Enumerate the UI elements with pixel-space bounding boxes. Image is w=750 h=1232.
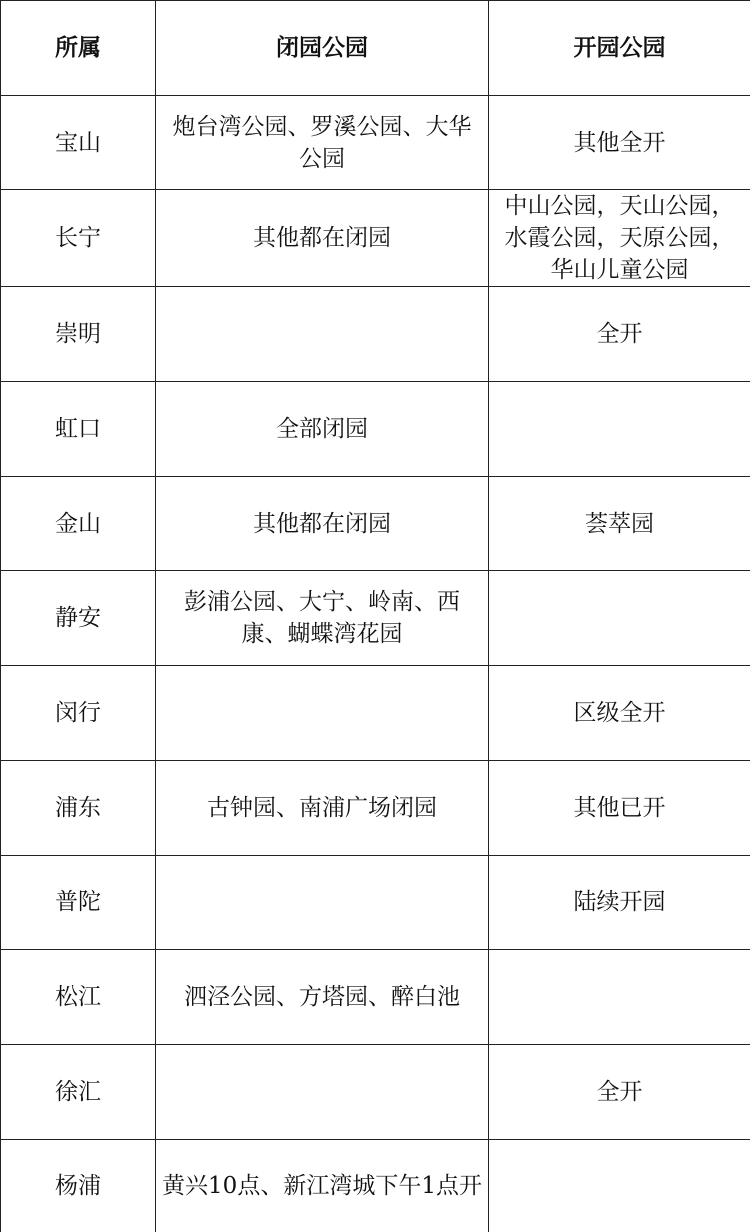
- table-row: 静安 彭浦公园、大宁、岭南、西康、蝴蝶湾花园: [1, 571, 750, 666]
- table-row: 虹口 全部闭园: [1, 382, 750, 477]
- open-parks-cell: 区级全开: [489, 666, 750, 761]
- table-row: 金山 其他都在闭园 荟萃园: [1, 476, 750, 571]
- open-parks-cell: 全开: [489, 1044, 750, 1139]
- closed-parks-cell: 泗泾公园、方塔园、醉白池: [156, 950, 489, 1045]
- closed-parks-cell: 古钟园、南浦广场闭园: [156, 760, 489, 855]
- district-cell: 静安: [1, 571, 156, 666]
- open-parks-cell: [489, 1139, 750, 1232]
- district-cell: 长宁: [1, 190, 156, 287]
- closed-parks-cell: 其他都在闭园: [156, 190, 489, 287]
- closed-parks-cell: 全部闭园: [156, 382, 489, 477]
- open-parks-cell: [489, 571, 750, 666]
- table-row: 长宁 其他都在闭园 中山公园，天山公园，水霞公园，天原公园，华山儿童公园: [1, 190, 750, 287]
- district-cell: 虹口: [1, 382, 156, 477]
- closed-parks-cell: [156, 855, 489, 950]
- table-row: 杨浦 黄兴10点、新江湾城下午1点开: [1, 1139, 750, 1232]
- closed-parks-cell: [156, 287, 489, 382]
- park-status-table: 所属 闭园公园 开园公园 宝山 炮台湾公园、罗溪公园、大华公园 其他全开 长宁 …: [0, 0, 750, 1232]
- closed-parks-cell: [156, 1044, 489, 1139]
- header-district: 所属: [1, 1, 156, 96]
- district-cell: 浦东: [1, 760, 156, 855]
- open-parks-cell: 全开: [489, 287, 750, 382]
- table-row: 浦东 古钟园、南浦广场闭园 其他已开: [1, 760, 750, 855]
- table-row: 普陀 陆续开园: [1, 855, 750, 950]
- open-parks-cell: [489, 950, 750, 1045]
- district-cell: 普陀: [1, 855, 156, 950]
- district-cell: 金山: [1, 476, 156, 571]
- closed-parks-cell: 黄兴10点、新江湾城下午1点开: [156, 1139, 489, 1232]
- district-cell: 徐汇: [1, 1044, 156, 1139]
- open-parks-cell: 其他全开: [489, 95, 750, 190]
- district-cell: 杨浦: [1, 1139, 156, 1232]
- table-row: 崇明 全开: [1, 287, 750, 382]
- table-row: 松江 泗泾公园、方塔园、醉白池: [1, 950, 750, 1045]
- district-cell: 闵行: [1, 666, 156, 761]
- district-cell: 崇明: [1, 287, 156, 382]
- district-cell: 松江: [1, 950, 156, 1045]
- open-parks-cell: 其他已开: [489, 760, 750, 855]
- open-parks-cell: 中山公园，天山公园，水霞公园，天原公园，华山儿童公园: [489, 190, 750, 287]
- closed-parks-cell: 炮台湾公园、罗溪公园、大华公园: [156, 95, 489, 190]
- open-parks-cell: 荟萃园: [489, 476, 750, 571]
- closed-parks-cell: 其他都在闭园: [156, 476, 489, 571]
- open-parks-cell: [489, 382, 750, 477]
- closed-parks-cell: [156, 666, 489, 761]
- header-row: 所属 闭园公园 开园公园: [1, 1, 750, 96]
- header-open-parks: 开园公园: [489, 1, 750, 96]
- table-row: 宝山 炮台湾公园、罗溪公园、大华公园 其他全开: [1, 95, 750, 190]
- table-row: 徐汇 全开: [1, 1044, 750, 1139]
- open-parks-cell: 陆续开园: [489, 855, 750, 950]
- header-closed-parks: 闭园公园: [156, 1, 489, 96]
- district-cell: 宝山: [1, 95, 156, 190]
- closed-parks-cell: 彭浦公园、大宁、岭南、西康、蝴蝶湾花园: [156, 571, 489, 666]
- table-row: 闵行 区级全开: [1, 666, 750, 761]
